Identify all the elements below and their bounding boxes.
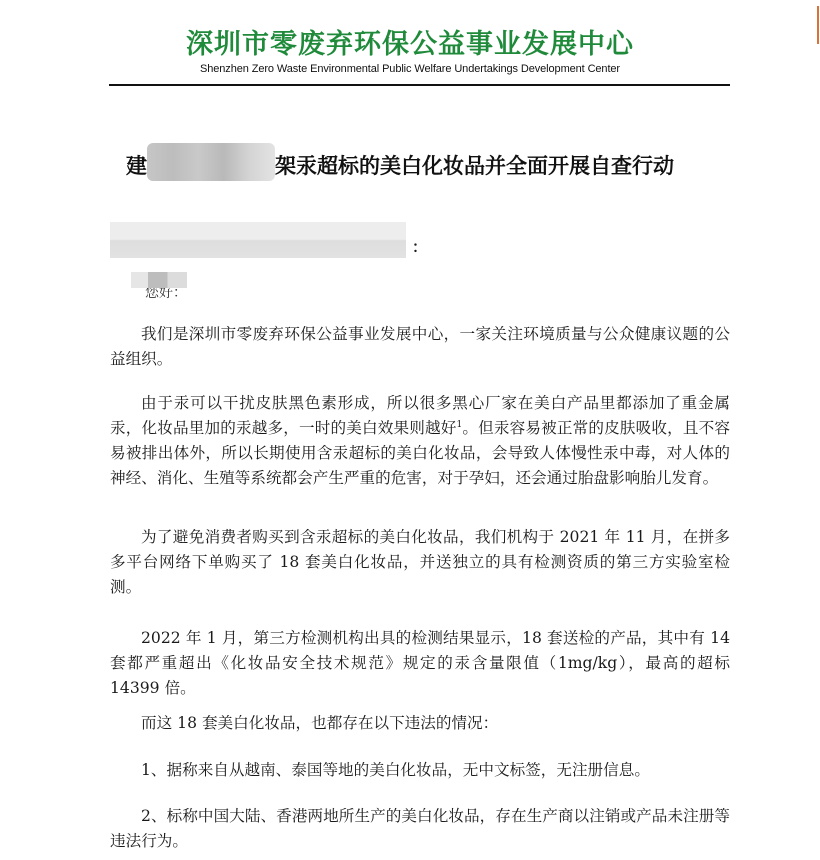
title-prefix: 建 xyxy=(126,154,147,178)
greeting-redaction xyxy=(131,272,187,288)
letterhead-org-name-cn: 深圳市零废弃环保公益事业发展中心 xyxy=(0,22,820,61)
letterhead-org-name-en: Shenzhen Zero Waste Environmental Public… xyxy=(0,63,820,75)
paragraph-test-results: 2022 年 1 月，第三方检测机构出具的检测结果显示，18 套送检的产品，其中… xyxy=(110,626,730,701)
title-redaction xyxy=(147,143,275,181)
document-title: 建架汞超标的美白化妆品并全面开展自查行动 xyxy=(126,150,674,181)
paragraph-violations-intro: 而这 18 套美白化妆品，也都存在以下违法的情况： xyxy=(110,711,730,736)
recipient-redaction xyxy=(110,222,406,258)
paragraph-violation-1: 1、据称来自从越南、泰国等地的美白化妆品，无中文标签，无注册信息。 xyxy=(110,758,730,783)
paragraph-mercury-harm: 由于汞可以干扰皮肤黑色素形成，所以很多黑心厂家在美白产品里都添加了重金属汞，化妆… xyxy=(110,391,730,491)
paragraph-intro: 我们是深圳市零废弃环保公益事业发展中心，一家关注环境质量与公众健康议题的公益组织… xyxy=(110,322,730,372)
paragraph-purchase: 为了避免消费者购买到含汞超标的美白化妆品，我们机构于 2021 年 11 月，在… xyxy=(110,525,730,600)
paragraph-violation-2: 2、标称中国大陆、香港两地所生产的美白化妆品，存在生产商以注销或产品未注册等违法… xyxy=(110,804,730,854)
recipient-colon: ： xyxy=(412,236,427,257)
title-suffix: 架汞超标的美白化妆品并全面开展自查行动 xyxy=(275,154,674,178)
letterhead-divider xyxy=(109,84,730,86)
